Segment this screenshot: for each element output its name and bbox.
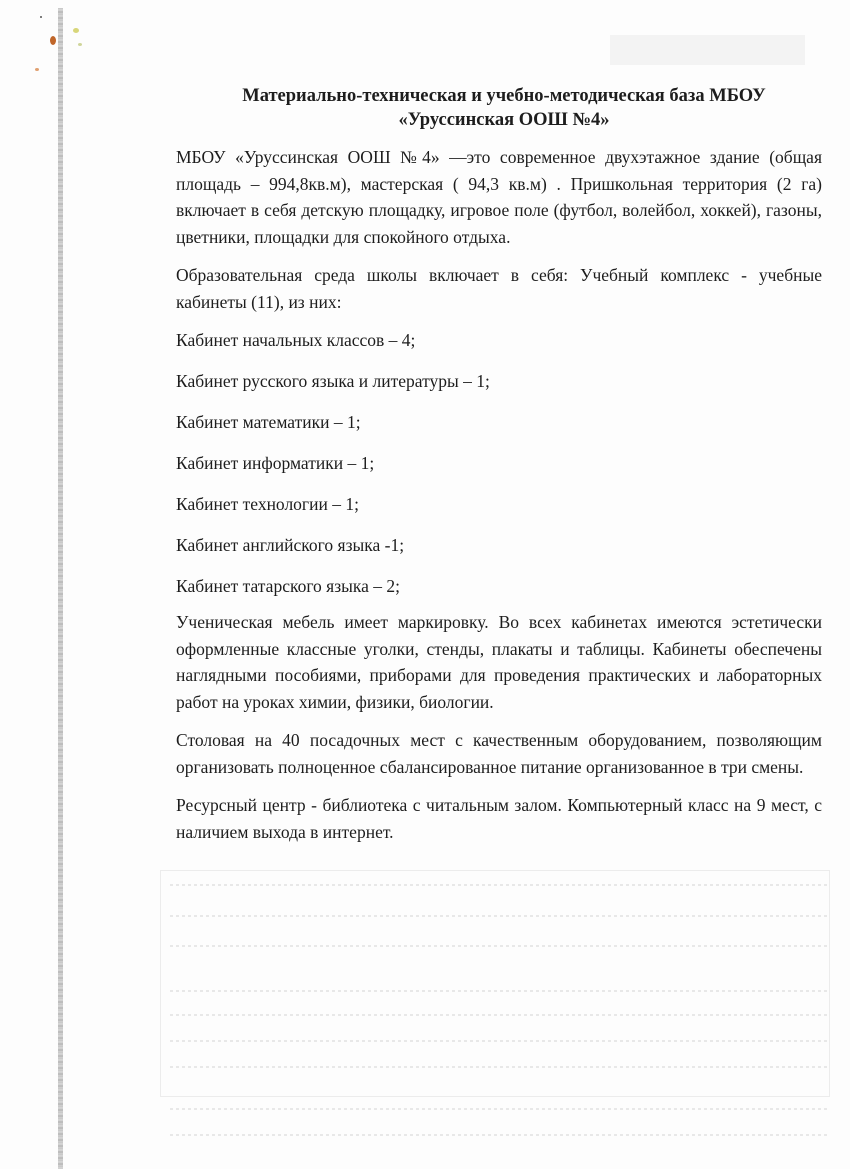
bleed-through-box [610, 35, 805, 65]
list-item: Кабинет русского языка и литературы – 1; [176, 368, 822, 394]
list-item: Кабинет английского языка -1; [176, 532, 822, 558]
list-item: Кабинет технологии – 1; [176, 491, 822, 517]
paragraph-building: МБОУ «Уруссинская ООШ №4» —это современн… [176, 144, 822, 250]
list-item: Кабинет татарского языка – 2; [176, 573, 822, 599]
list-item: Кабинет начальных классов – 4; [176, 327, 822, 353]
list-item: Кабинет математики – 1; [176, 409, 822, 435]
scan-speck [78, 43, 82, 46]
classroom-list: Кабинет начальных классов – 4; Кабинет р… [176, 327, 822, 599]
scan-speck [40, 16, 42, 18]
scan-speck [73, 28, 79, 33]
title-line-1: Материально-техническая и учебно-методич… [242, 86, 766, 106]
paragraph-furniture: Ученическая мебель имеет маркировку. Во … [176, 609, 822, 715]
paragraph-canteen: Столовая на 40 посадочных мест с качеств… [176, 727, 822, 780]
scan-margin-line [58, 8, 63, 1169]
bleed-through-line [170, 1134, 828, 1136]
paragraph-environment: Образовательная среда школы включает в с… [176, 262, 822, 315]
bleed-through-box [160, 870, 830, 1097]
title-line-2: «Уруссинская ООШ №4» [398, 110, 609, 130]
document-title: Материально-техническая и учебно-методич… [176, 84, 822, 132]
scan-speck [35, 68, 39, 71]
document-page: Материально-техническая и учебно-методич… [176, 84, 822, 857]
bleed-through-line [170, 1108, 828, 1110]
scan-speck [50, 36, 56, 45]
list-item: Кабинет информатики – 1; [176, 450, 822, 476]
paragraph-resource-center: Ресурсный центр - библиотека с читальным… [176, 792, 822, 845]
